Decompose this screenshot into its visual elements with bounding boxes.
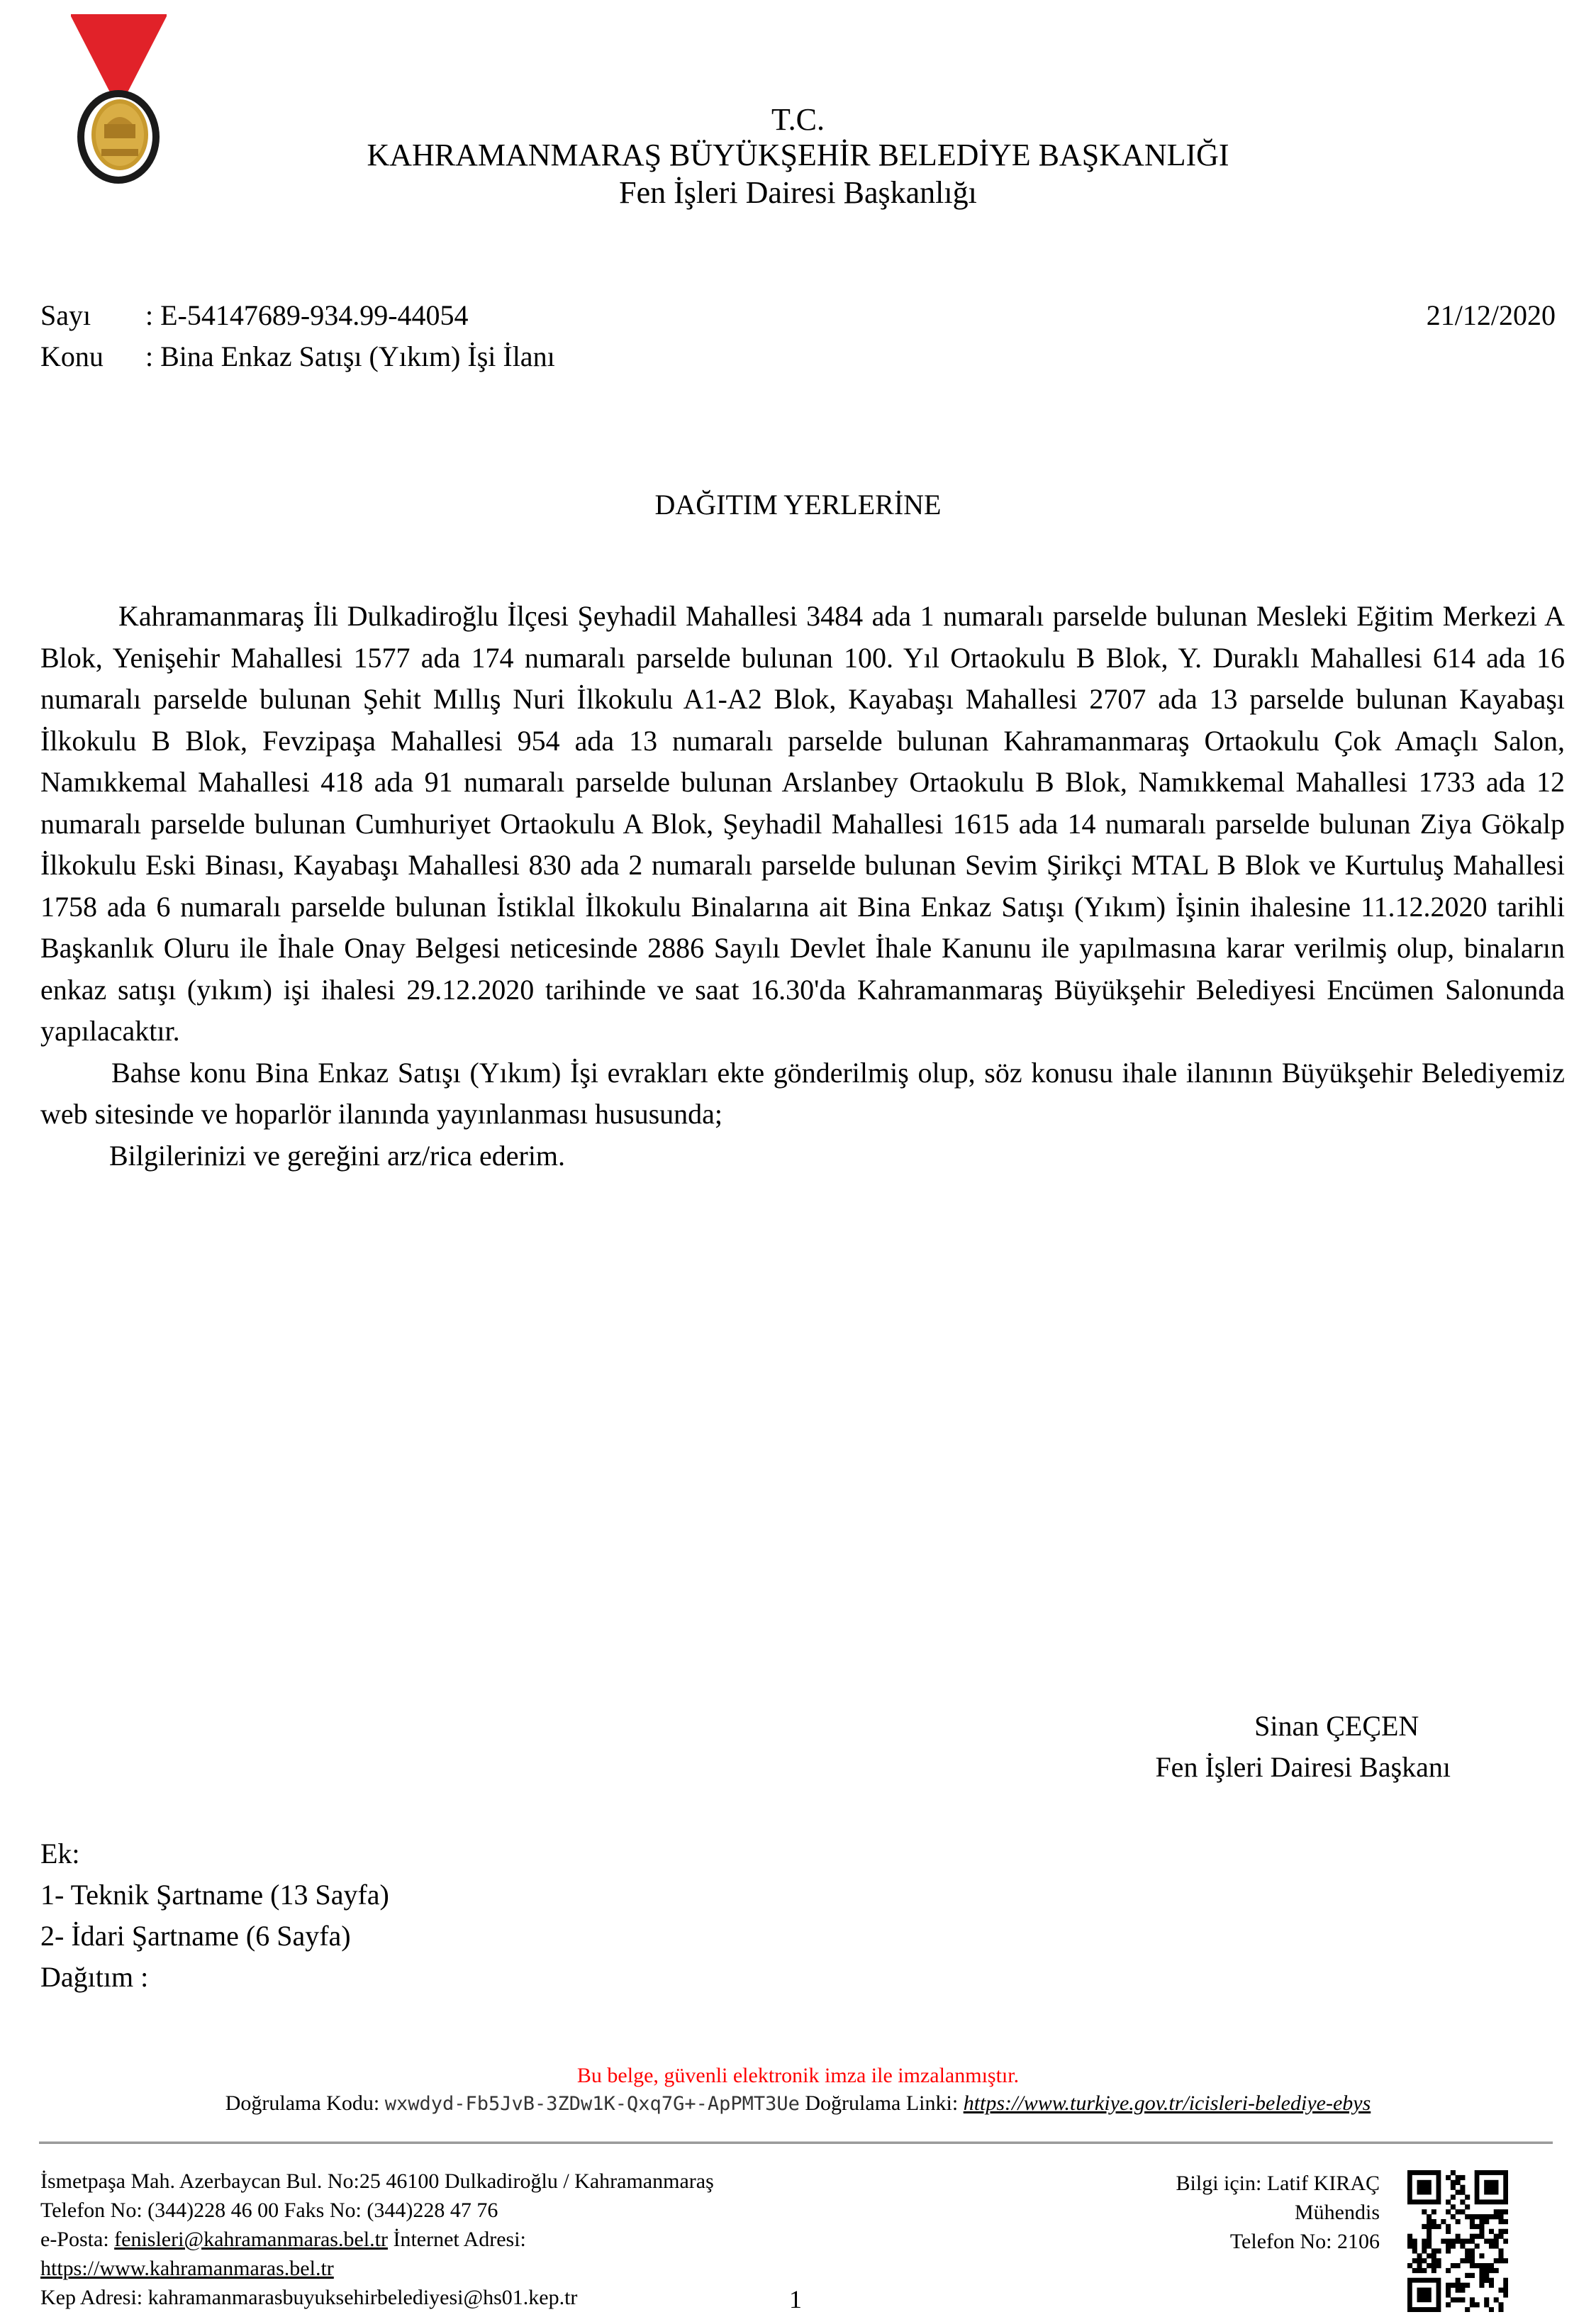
attachment-item: 1- Teknik Şartname (13 Sayfa) — [40, 1874, 389, 1916]
verification-code: wxwdyd-Fb5JvB-3ZDw1K-Qxq7G+-ApPMT3Ue — [385, 2093, 800, 2115]
footer-contact-person: Bilgi için: Latif KIRAÇ Mühendis Telefon… — [1176, 2169, 1380, 2256]
header-department: Fen İşleri Dairesi Başkanlığı — [0, 172, 1596, 213]
signer-title: Fen İşleri Dairesi Başkanı — [1155, 1747, 1451, 1788]
attachments-block: Ek: 1- Teknik Şartname (13 Sayfa) 2- İda… — [40, 1833, 389, 1998]
kep-address: Kep Adresi: kahramanmarasbuyuksehirbeled… — [40, 2283, 714, 2312]
sayi-row: Sayı: E-54147689-934.99-44054 — [40, 295, 469, 336]
email-link[interactable]: fenisleri@kahramanmaras.bel.tr — [114, 2228, 388, 2251]
verification-link-label: Doğrulama Linki: — [805, 2091, 958, 2115]
attachment-item: 2- İdari Şartname (6 Sayfa) — [40, 1916, 389, 1957]
web-label: İnternet Adresi: — [393, 2228, 525, 2251]
verification-code-label: Doğrulama Kodu: — [225, 2091, 379, 2115]
distribution-label: Dağıtım : — [40, 1957, 389, 1998]
sayi-label: Sayı — [40, 295, 145, 336]
document-date: 21/12/2020 — [1427, 295, 1556, 336]
konu-label: Konu — [40, 336, 145, 377]
footer-phone-fax: Telefon No: (344)228 46 00 Faks No: (344… — [40, 2196, 714, 2225]
verification-link[interactable]: https://www.turkiye.gov.tr/icisleri-bele… — [964, 2091, 1371, 2115]
letter-body: Kahramanmaraş İli Dulkadiroğlu İlçesi Şe… — [40, 596, 1565, 1177]
signer-name: Sinan ÇEÇEN — [1155, 1706, 1451, 1747]
email-label: e-Posta: — [40, 2228, 109, 2251]
footer-divider — [39, 2141, 1553, 2144]
e-signature-notice: Bu belge, güvenli elektronik imza ile im… — [0, 2062, 1596, 2089]
body-paragraph-3: Bilgilerinizi ve gereğini arz/rica ederi… — [40, 1135, 1565, 1177]
website-link[interactable]: https://www.kahramanmaras.bel.tr — [40, 2257, 334, 2280]
body-paragraph-2: Bahse konu Bina Enkaz Satışı (Yıkım) İşi… — [40, 1052, 1565, 1135]
verification-line: Doğrulama Kodu: wxwdyd-Fb5JvB-3ZDw1K-Qxq… — [0, 2089, 1596, 2118]
contact-title: Mühendis — [1176, 2198, 1380, 2227]
qr-code — [1407, 2170, 1508, 2312]
distribution-heading: DAĞITIM YERLERİNE — [0, 484, 1596, 526]
contact-phone: Telefon No: 2106 — [1176, 2227, 1380, 2256]
sayi-value: : E-54147689-934.99-44054 — [145, 299, 469, 331]
attachments-label: Ek: — [40, 1833, 389, 1874]
footer-address: İsmetpaşa Mah. Azerbaycan Bul. No:25 461… — [40, 2167, 714, 2196]
body-paragraph-1: Kahramanmaraş İli Dulkadiroğlu İlçesi Şe… — [40, 596, 1565, 1052]
qr-code-icon — [1407, 2170, 1508, 2312]
header-tc: T.C. — [0, 99, 1596, 140]
footer-contact-info: İsmetpaşa Mah. Azerbaycan Bul. No:25 461… — [40, 2167, 714, 2312]
header-institution: KAHRAMANMARAŞ BÜYÜKŞEHİR BELEDİYE BAŞKAN… — [0, 135, 1596, 175]
page-number: 1 — [789, 2284, 802, 2315]
contact-name: Bilgi için: Latif KIRAÇ — [1176, 2169, 1380, 2198]
signer-block: Sinan ÇEÇEN Fen İşleri Dairesi Başkanı — [1155, 1706, 1451, 1788]
konu-row: Konu: Bina Enkaz Satışı (Yıkım) İşi İlan… — [40, 336, 555, 377]
footer-email-row: e-Posta: fenisleri@kahramanmaras.bel.tr … — [40, 2225, 714, 2254]
konu-value: : Bina Enkaz Satışı (Yıkım) İşi İlanı — [145, 340, 555, 372]
